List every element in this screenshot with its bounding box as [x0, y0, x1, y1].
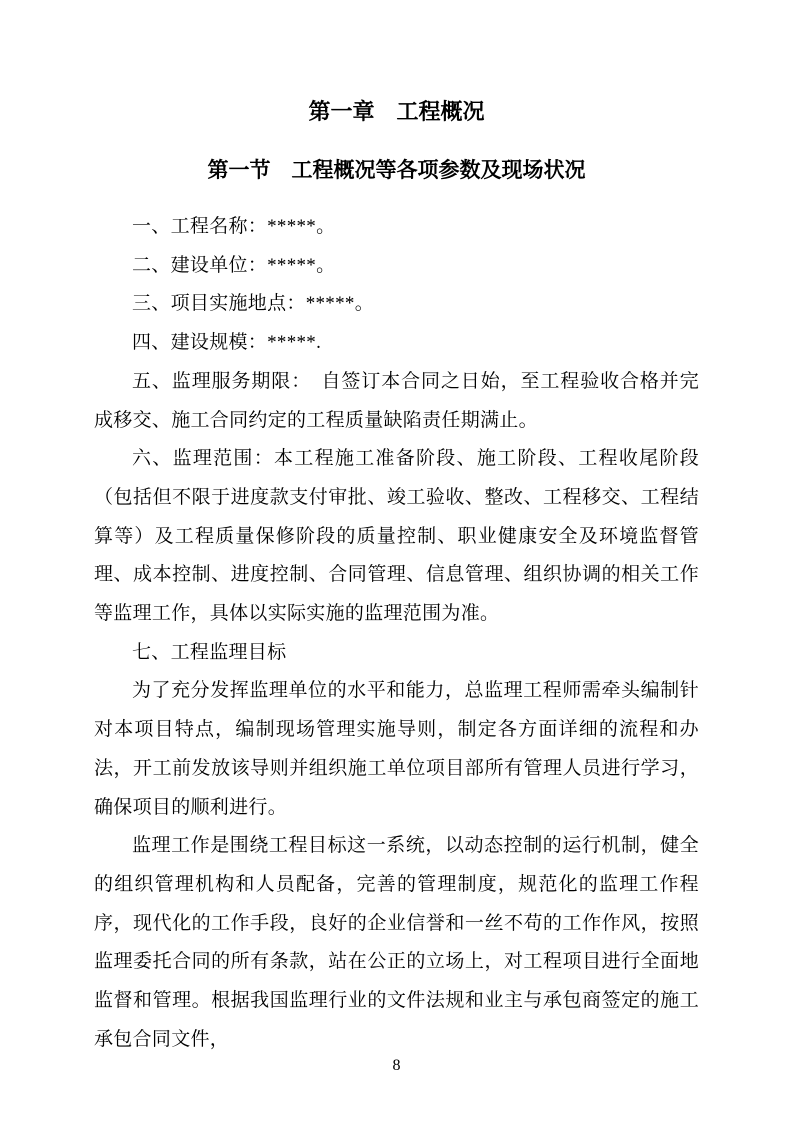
document-page: 第一章 工程概况 第一节 工程概况等各项参数及现场状况 一、工程名称：*****… — [0, 0, 793, 1122]
document-body: 一、工程名称：*****。 二、建设单位：*****。 三、项目实施地点：***… — [94, 208, 699, 1059]
paragraph-supervision-goal-1: 为了充分发挥监理单位的水平和能力，总监理工程师需牵头编制针对本项目特点，编制现场… — [94, 672, 699, 827]
paragraph-construction-unit: 二、建设单位：*****。 — [94, 247, 699, 286]
page-number: 8 — [0, 1056, 793, 1076]
paragraph-supervision-goal-heading: 七、工程监理目标 — [94, 634, 699, 673]
paragraph-supervision-goal-2: 监理工作是围绕工程目标这一系统，以动态控制的运行机制，健全的组织管理机构和人员配… — [94, 827, 699, 1059]
paragraph-supervision-scope: 六、监理范围：本工程施工准备阶段、施工阶段、工程收尾阶段（包括但不限于进度款支付… — [94, 440, 699, 634]
chapter-title: 第一章 工程概况 — [94, 96, 699, 128]
paragraph-supervision-period: 五、监理服务期限： 自签订本合同之日始，至工程验收合格并完成移交、施工合同约定的… — [94, 363, 699, 440]
paragraph-project-name: 一、工程名称：*****。 — [94, 208, 699, 247]
paragraph-project-location: 三、项目实施地点：*****。 — [94, 285, 699, 324]
paragraph-construction-scale: 四、建设规模：*****. — [94, 324, 699, 363]
section-title: 第一节 工程概况等各项参数及现场状况 — [94, 154, 699, 186]
